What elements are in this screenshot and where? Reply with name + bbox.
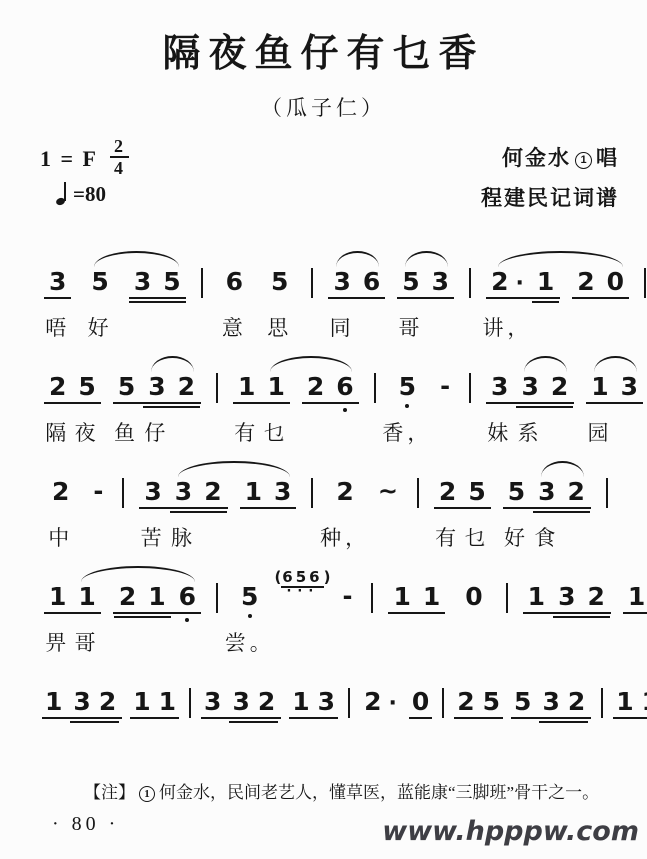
note: 1哥 — [72, 583, 101, 611]
note: 1有 — [232, 373, 261, 401]
beam-group: 32 — [538, 688, 589, 716]
music-line: 13211332132·02553211265- — [38, 666, 641, 771]
lyric: 讲， — [482, 314, 532, 342]
note: 3 — [69, 688, 94, 716]
note: 5思 — [265, 268, 294, 296]
music-line: 2中-3苦3脉2132种，~2有5乜5好3食2 — [38, 456, 641, 561]
lyric: 有 — [435, 524, 460, 552]
note: 1 — [155, 688, 180, 716]
note: 1 — [622, 583, 647, 611]
beam-group: 3唔 — [43, 268, 72, 296]
note: 3食 — [532, 478, 561, 506]
note: 5鱼 — [112, 373, 141, 401]
note: 0 — [601, 268, 630, 296]
note: 2隔 — [43, 373, 72, 401]
note: 6 — [173, 583, 202, 611]
beam-group: 25 — [453, 688, 504, 716]
note: 2 — [301, 373, 330, 401]
lyric: 哥 — [75, 629, 100, 657]
slur — [151, 356, 194, 372]
lyric: 好 — [88, 314, 113, 342]
note: 1 — [142, 583, 171, 611]
note: 2·讲， — [485, 268, 530, 296]
beam-group: 5好3食2 — [502, 478, 592, 506]
note: 3 — [426, 268, 455, 296]
lyric: 好 — [504, 524, 529, 552]
duration-dash: ~ — [378, 478, 398, 506]
slur — [594, 356, 637, 372]
lyric: 园 — [587, 419, 612, 447]
note: 5香， — [393, 373, 422, 401]
time-signature: 24 — [110, 136, 129, 178]
music-line: 2隔5夜5鱼3仔21有1乜265香，-3妹3系21园3 — [38, 351, 641, 456]
barline — [371, 583, 373, 613]
lyric: 仔 — [144, 419, 169, 447]
singer-credit: 何金水1唱 — [481, 142, 619, 172]
beam-group: 0 — [408, 688, 433, 716]
barline — [374, 373, 376, 403]
note: 2 — [453, 688, 478, 716]
note: 5 — [510, 688, 535, 716]
tempo-value: =80 — [73, 182, 106, 206]
note: 3系 — [515, 373, 544, 401]
beam-group: 11 — [622, 583, 647, 611]
note: 1 — [638, 688, 647, 716]
note: 3 — [200, 688, 225, 716]
barline — [506, 583, 508, 613]
note: 5乜 — [462, 478, 491, 506]
note: 5尝。 — [235, 583, 264, 611]
slur — [270, 356, 352, 372]
note: 5好 — [85, 268, 114, 296]
footnote-mark-icon: 1 — [139, 786, 155, 802]
slur — [405, 251, 448, 267]
footnote-label: 【注】 — [84, 783, 135, 802]
note: 5好 — [502, 478, 531, 506]
beam-group: 2·讲，1 — [485, 268, 561, 296]
note: 1 — [239, 478, 268, 506]
barline — [311, 268, 313, 298]
singer-name: 何金水 — [502, 147, 571, 170]
note: 1 — [288, 688, 313, 716]
note: 5哥 — [396, 268, 425, 296]
beam-group: 1畀1哥 — [43, 583, 102, 611]
barline — [201, 268, 203, 298]
note: 2 — [581, 583, 610, 611]
grace-notes: (656)··· — [274, 568, 330, 588]
lyric: 食 — [534, 524, 559, 552]
barline — [189, 688, 191, 718]
note: 1 — [129, 688, 154, 716]
key-signature: 1 = F24 — [40, 136, 129, 178]
beam-group: 1 — [531, 268, 560, 296]
beam-group: 3妹3系2 — [485, 373, 575, 401]
lyric: 香， — [382, 419, 432, 447]
notation-area: 3唔5好356意5思3同65哥32·讲，1202隔5夜5鱼3仔21有1乜265香… — [38, 246, 641, 771]
barline — [348, 688, 350, 718]
barline — [644, 268, 646, 298]
beam-group: 32 — [228, 688, 279, 716]
lyric: 种， — [320, 524, 370, 552]
note: 2 — [571, 268, 600, 296]
barline — [417, 478, 419, 508]
beam-group: 3仔2 — [142, 373, 201, 401]
note: 3 — [538, 688, 563, 716]
beam-group: 13 — [239, 478, 298, 506]
barline — [469, 268, 471, 298]
lyric: 系 — [518, 419, 543, 447]
note: 2 — [95, 688, 120, 716]
beam-group: 5哥3 — [396, 268, 455, 296]
lyric: 思 — [267, 314, 292, 342]
slur — [81, 566, 194, 582]
footnote: 【注】1何金水，民间老艺人，懂草医，蓝能康“三脚班”骨干之一。 — [84, 778, 599, 803]
slur — [541, 461, 584, 477]
beam-group: 20 — [571, 268, 630, 296]
time-numerator: 2 — [110, 136, 129, 158]
note: 2 — [113, 583, 142, 611]
singer-role: 唱 — [596, 147, 619, 170]
lyric: 尝。 — [225, 629, 275, 657]
barline — [469, 373, 471, 403]
note: 5 — [157, 268, 186, 296]
beam-group: 1园3 — [585, 373, 644, 401]
note: 2 — [254, 688, 279, 716]
note: 2 — [172, 373, 201, 401]
barline — [122, 478, 124, 508]
note: 2种， — [330, 478, 359, 506]
lyric: 意 — [222, 314, 247, 342]
note: 3 — [128, 268, 157, 296]
lyric: 唔 — [45, 314, 70, 342]
note: 1 — [612, 688, 637, 716]
beam-group: 2有5乜 — [433, 478, 492, 506]
barline — [601, 688, 603, 718]
note: 2 — [564, 688, 589, 716]
beam-group: 11 — [612, 688, 647, 716]
beam-group: 132 — [41, 688, 123, 716]
note: 0 — [408, 688, 433, 716]
note: 1 — [387, 583, 416, 611]
watermark: www.hpppw.com — [382, 816, 639, 847]
note: 3 — [615, 373, 644, 401]
lyric: 畀 — [45, 629, 70, 657]
lyric: 中 — [48, 524, 73, 552]
lyric: 妹 — [487, 419, 512, 447]
note: 3妹 — [485, 373, 514, 401]
note: 3同 — [327, 268, 356, 296]
song-title: 隔夜鱼仔有乜香 — [0, 22, 647, 77]
note: 1 — [41, 688, 66, 716]
beam-group: 32 — [552, 583, 611, 611]
beam-group: 3苦3脉2 — [138, 478, 228, 506]
key-text: 1 = F — [40, 146, 98, 171]
transcriber-credit: 程建民记词谱 — [481, 182, 619, 212]
lyric: 同 — [330, 314, 355, 342]
music-line: 1畀1哥2165尝。(656)···-11013211 — [38, 561, 641, 666]
quarter-note-icon — [56, 182, 68, 205]
note: 1畀 — [43, 583, 72, 611]
beam-group: 532 — [510, 688, 592, 716]
lyric: 鱼 — [114, 419, 139, 447]
lyric: 哥 — [398, 314, 423, 342]
footnote-text: 何金水，民间老艺人，懂草医，蓝能康“三脚班”骨干之一。 — [159, 783, 599, 802]
note: 5夜 — [72, 373, 101, 401]
slur — [524, 356, 567, 372]
beam-group: 132 — [522, 583, 612, 611]
note: 3苦 — [138, 478, 167, 506]
barline — [311, 478, 313, 508]
beam-group: 32 — [69, 688, 120, 716]
note: 2· — [360, 688, 401, 716]
note: 5 — [479, 688, 504, 716]
note: 1 — [417, 583, 446, 611]
lyric: 夜 — [75, 419, 100, 447]
lyric: 隔 — [45, 419, 70, 447]
beam-group: 3同6 — [327, 268, 386, 296]
beam-group: 3食2 — [532, 478, 591, 506]
note: 2 — [198, 478, 227, 506]
lyric: 乜 — [465, 524, 490, 552]
beam-group: 26 — [301, 373, 360, 401]
sheet-page: 隔夜鱼仔有乜香 （瓜子仁） 1 = F24 =80 何金水1唱 程建民记词谱 3… — [0, 0, 647, 859]
music-line: 3唔5好356意5思3同65哥32·讲，120 — [38, 246, 641, 351]
beam-group: 21 — [113, 583, 172, 611]
lyric: 有 — [234, 419, 259, 447]
note: 6 — [357, 268, 386, 296]
lyric: 苦 — [141, 524, 166, 552]
slur — [178, 461, 290, 477]
slur — [94, 251, 179, 267]
barline — [442, 688, 444, 718]
note: 6 — [330, 373, 359, 401]
note: 2中 — [46, 478, 75, 506]
beam-group: 2隔5夜 — [43, 373, 102, 401]
beam-group: 35 — [128, 268, 187, 296]
tempo-marking: =80 — [56, 182, 106, 207]
duration-dash: - — [440, 373, 450, 401]
note: 3 — [268, 478, 297, 506]
barline — [606, 478, 608, 508]
duration-dash: - — [93, 478, 103, 506]
credits: 何金水1唱 程建民记词谱 — [481, 142, 619, 212]
beam-group: 13 — [288, 688, 339, 716]
slur — [498, 251, 622, 267]
beam-group: 332 — [200, 688, 282, 716]
lyric: 乜 — [264, 419, 289, 447]
page-number: · 80 · — [52, 813, 119, 836]
note: 3唔 — [43, 268, 72, 296]
duration-dash: - — [342, 583, 352, 611]
note: 2 — [562, 478, 591, 506]
song-subtitle: （瓜子仁） — [0, 92, 647, 122]
note: 2 — [545, 373, 574, 401]
slur — [336, 251, 379, 267]
note: 1 — [531, 268, 560, 296]
beam-group: 11 — [129, 688, 180, 716]
note: 6意 — [220, 268, 249, 296]
note: 3 — [314, 688, 339, 716]
note: 3 — [552, 583, 581, 611]
note: 3仔 — [142, 373, 171, 401]
beam-group: 3脉2 — [169, 478, 228, 506]
note: 3 — [228, 688, 253, 716]
note: 1 — [522, 583, 551, 611]
beam-group: 11 — [387, 583, 446, 611]
beam-group: 3系2 — [515, 373, 574, 401]
lyric: 脉 — [171, 524, 196, 552]
note: 1乜 — [261, 373, 290, 401]
note: 1园 — [585, 373, 614, 401]
note: 3脉 — [169, 478, 198, 506]
beam-group: 216 — [112, 583, 202, 611]
beam-group: 1有1乜 — [232, 373, 291, 401]
time-denominator: 4 — [110, 158, 129, 178]
footnote-mark-icon: 1 — [575, 152, 592, 169]
note: 2有 — [433, 478, 462, 506]
note: 0 — [459, 583, 488, 611]
barline — [216, 373, 218, 403]
beam-group: 5鱼3仔2 — [112, 373, 202, 401]
barline — [216, 583, 218, 613]
